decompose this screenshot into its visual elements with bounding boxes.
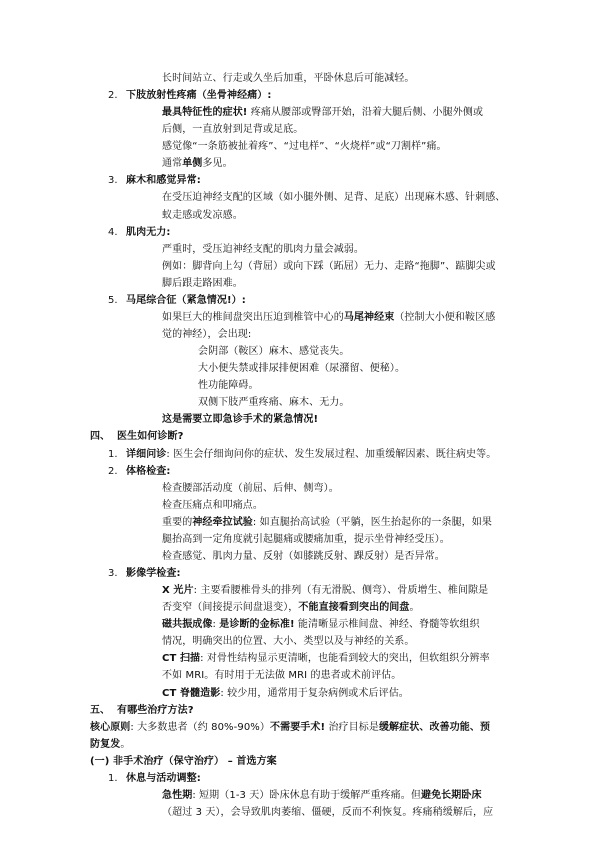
body-text: 如果巨大的椎间盘突出压迫到椎管中心的 bbox=[162, 312, 344, 323]
bold-text: 详细问诊 bbox=[126, 449, 166, 460]
text-line: 在受压迫神经支配的区域（如小腿外侧、足背、足底）出现麻木感、针刺感、 bbox=[162, 191, 505, 205]
bold-text: 缓解症状、改善功能、预 bbox=[379, 722, 490, 733]
text-line: 休息与活动调整: bbox=[126, 772, 201, 786]
body-text: : 大多数患者（约 80%-90%） bbox=[130, 722, 270, 733]
text-line: 防复发。 bbox=[90, 738, 130, 752]
body-text: 后侧，一直放射到足背或足底。 bbox=[162, 124, 303, 135]
bold-text: X 光片 bbox=[162, 585, 194, 596]
body-text: 。 bbox=[410, 602, 420, 613]
text-line: 否变窄（间接提示间盘退变），不能直接看到突出的间盘。 bbox=[162, 601, 420, 615]
text-line: CT 脊髓造影: 较少用，通常用于复杂病例或术后评估。 bbox=[162, 687, 409, 701]
body-text: 。 bbox=[120, 739, 130, 750]
body-text: 情况，明确突出的位置、大小、类型以及与神经的关系。 bbox=[162, 636, 415, 647]
text-line: 长时间站立、行走或久坐后加重，平卧休息后可能减轻。 bbox=[162, 72, 415, 86]
list-marker: 2. bbox=[108, 89, 118, 103]
text-line: 双侧下肢严重疼痛、麻木、无力。 bbox=[198, 396, 350, 410]
body-text: 会阴部（鞍区）麻木、感觉丧失。 bbox=[198, 346, 350, 357]
body-text: 例如：脚背向上勾（背屈）或向下踩（跖屈）无力、走路“拖脚”、踮脚尖或 bbox=[162, 261, 496, 272]
body-text: 否变窄（间接提示间盘退变）， bbox=[162, 602, 298, 613]
body-text: 不如 MRI。有时用于无法做 MRI 的患者或术前评估。 bbox=[162, 670, 401, 681]
bold-text: 马尾综合征（紧急情况!）: bbox=[126, 295, 246, 306]
body-text: 检查感觉、肌肉力量、反射（如膝跳反射、踝反射）是否异常。 bbox=[162, 551, 445, 562]
text-line: 大小便失禁或排尿排便困难（尿潴留、便秘）。 bbox=[198, 362, 405, 376]
body-text: 性功能障碍。 bbox=[198, 380, 259, 391]
text-line: X 光片: 主要看腰椎骨头的排列（有无滑脱、侧弯）、骨质增生、椎间隙是 bbox=[162, 584, 488, 598]
body-text: 蚁走感或发凉感。 bbox=[162, 210, 243, 221]
body-text: : 对骨性结构显示更清晰，也能看到较大的突出，但软组织分辨率 bbox=[200, 653, 490, 664]
body-text: 治疗目标是 bbox=[325, 722, 379, 733]
text-line: CT 扫描: 对骨性结构显示更清晰，也能看到较大的突出，但软组织分辨率 bbox=[162, 652, 490, 666]
bold-text: 医生如何诊断? bbox=[117, 431, 184, 442]
body-text: : 医生会仔细询问你的症状、发生发展过程、加重缓解因素、既往病史等。 bbox=[166, 449, 496, 460]
bold-text: 不能直接看到突出的间盘 bbox=[298, 602, 409, 613]
text-line: 有哪些治疗方法? bbox=[117, 704, 194, 718]
bold-text: 休息与活动调整: bbox=[126, 773, 201, 784]
body-text: 疼痛从腰部或臀部开始，沿着大腿后侧、小腿外侧或 bbox=[247, 107, 483, 118]
text-line: 肌肉无力: bbox=[126, 226, 171, 240]
text-line: 这是需要立即急诊手术的紧急情况! bbox=[162, 413, 318, 427]
body-text: : 较少用，通常用于复杂病例或术后评估。 bbox=[220, 688, 409, 699]
bold-text: 核心原则 bbox=[90, 722, 130, 733]
body-text: 重要的 bbox=[162, 517, 192, 528]
bold-text: 影像学检查: bbox=[126, 568, 181, 579]
text-line: 严重时，受压迫神经支配的肌肉力量会减弱。 bbox=[162, 243, 364, 257]
text-line: 通常单侧多见。 bbox=[162, 157, 233, 171]
text-line: 体格检查: bbox=[126, 465, 171, 479]
list-marker: 4. bbox=[108, 226, 118, 240]
list-marker: 3. bbox=[108, 174, 118, 188]
bold-text: 肌肉无力: bbox=[126, 227, 171, 238]
text-line: 下肢放射性疼痛（坐骨神经痛）: bbox=[126, 89, 272, 103]
body-text: （超过 3 天），会导致肌肉萎缩、僵硬，反而不利恢复。疼痛稍缓解后，应 bbox=[162, 807, 493, 818]
text-line: 医生如何诊断? bbox=[117, 430, 184, 444]
text-line: 蚁走感或发凉感。 bbox=[162, 209, 243, 223]
text-line: 会阴部（鞍区）麻木、感觉丧失。 bbox=[198, 345, 350, 359]
list-marker: 1. bbox=[108, 772, 118, 786]
body-text: : 短期（1-3 天）卧床休息有助于缓解严重疼痛。但 bbox=[192, 790, 421, 801]
text-line: 急性期: 短期（1-3 天）卧床休息有助于缓解严重疼痛。但避免长期卧床 bbox=[162, 789, 482, 803]
text-line: 核心原则: 大多数患者（约 80%-90%）不需要手术! 治疗目标是缓解症状、改… bbox=[90, 721, 490, 735]
text-line: （超过 3 天），会导致肌肉萎缩、僵硬，反而不利恢复。疼痛稍缓解后，应 bbox=[162, 806, 493, 820]
text-line: 影像学检查: bbox=[126, 567, 181, 581]
bold-text: 体格检查: bbox=[126, 466, 171, 477]
bold-text: 下肢放射性疼痛（坐骨神经痛）: bbox=[126, 90, 272, 101]
text-line: 详细问诊: 医生会仔细询问你的症状、发生发展过程、加重缓解因素、既往病史等。 bbox=[126, 448, 496, 462]
bold-text: 单侧 bbox=[182, 158, 202, 169]
text-line: 最具特征性的症状! 疼痛从腰部或臀部开始，沿着大腿后侧、小腿外侧或 bbox=[162, 106, 483, 120]
text-line: 马尾综合征（紧急情况!）: bbox=[126, 294, 246, 308]
text-line: 性功能障碍。 bbox=[198, 379, 259, 393]
bold-text: 防复发 bbox=[90, 739, 120, 750]
list-marker: 5. bbox=[108, 294, 118, 308]
bold-text: 急性期 bbox=[162, 790, 192, 801]
text-line: 如果巨大的椎间盘突出压迫到椎管中心的马尾神经束（控制大小便和鞍区感 bbox=[162, 311, 495, 325]
text-line: 腿抬高到一定角度就引起腿痛或腰痛加重，提示坐骨神经受压）。 bbox=[162, 533, 450, 547]
body-text: 在受压迫神经支配的区域（如小腿外侧、足背、足底）出现麻木感、针刺感、 bbox=[162, 192, 505, 203]
list-marker: 四、 bbox=[90, 430, 110, 444]
list-marker: 1. bbox=[108, 448, 118, 462]
text-line: 检查腰部活动度（前屈、后伸、侧弯）。 bbox=[162, 482, 339, 496]
text-line: 重要的神经牵拉试验: 如直腿抬高试验（平躺，医生抬起你的一条腿，如果 bbox=[162, 516, 492, 530]
bold-text: (一) 非手术治疗（保守治疗） – 首选方案 bbox=[90, 756, 277, 767]
bold-text: 最具特征性的症状! bbox=[162, 107, 247, 118]
body-text: 严重时，受压迫神经支配的肌肉力量会减弱。 bbox=[162, 244, 364, 255]
text-line: 麻木和感觉异常: bbox=[126, 174, 201, 188]
body-text: 觉的神经），会出现: bbox=[162, 329, 251, 340]
text-line: 不如 MRI。有时用于无法做 MRI 的患者或术前评估。 bbox=[162, 669, 401, 683]
bold-text: 磁共振成像 bbox=[162, 619, 213, 630]
body-text: 长时间站立、行走或久坐后加重，平卧休息后可能减轻。 bbox=[162, 73, 415, 84]
body-text: 通常 bbox=[162, 158, 182, 169]
text-line: 检查压痛点和叩痛点。 bbox=[162, 499, 263, 513]
body-text: 腿抬高到一定角度就引起腿痛或腰痛加重，提示坐骨神经受压）。 bbox=[162, 534, 450, 545]
bold-text: 避免长期卧床 bbox=[421, 790, 482, 801]
bold-text: 神经牵拉试验 bbox=[192, 517, 253, 528]
body-text: 检查腰部活动度（前屈、后伸、侧弯）。 bbox=[162, 483, 339, 494]
document-page: 长时间站立、行走或久坐后加重，平卧休息后可能减轻。2.下肢放射性疼痛（坐骨神经痛… bbox=[0, 0, 595, 841]
body-text: : 主要看腰椎骨头的排列（有无滑脱、侧弯）、骨质增生、椎间隙是 bbox=[194, 585, 489, 596]
text-line: 情况，明确突出的位置、大小、类型以及与神经的关系。 bbox=[162, 635, 415, 649]
bold-text: 是诊断的金标准! bbox=[219, 619, 294, 630]
body-text: 双侧下肢严重疼痛、麻木、无力。 bbox=[198, 397, 350, 408]
bold-text: 有哪些治疗方法? bbox=[117, 705, 194, 716]
body-text: 能清晰显示椎间盘、神经、脊髓等软组织 bbox=[295, 619, 480, 630]
bold-text: CT 脊髓造影 bbox=[162, 688, 220, 699]
body-text: 检查压痛点和叩痛点。 bbox=[162, 500, 263, 511]
body-text: （控制大小便和鞍区感 bbox=[394, 312, 495, 323]
text-line: 磁共振成像: 是诊断的金标准! 能清晰显示椎间盘、神经、脊髓等软组织 bbox=[162, 618, 480, 632]
text-line: 检查感觉、肌肉力量、反射（如膝跳反射、踝反射）是否异常。 bbox=[162, 550, 445, 564]
body-text: 感觉像“一条筋被扯着疼”、“过电样”、“火烧样”或“刀割样”痛。 bbox=[162, 141, 447, 152]
body-text: 多见。 bbox=[202, 158, 232, 169]
body-text: : 如直腿抬高试验（平躺，医生抬起你的一条腿，如果 bbox=[253, 517, 492, 528]
list-marker: 五、 bbox=[90, 704, 110, 718]
body-text: 脚后跟走路困难。 bbox=[162, 278, 243, 289]
bold-text: CT 扫描 bbox=[162, 653, 200, 664]
bold-text: 不需要手术! bbox=[270, 722, 325, 733]
text-line: 感觉像“一条筋被扯着疼”、“过电样”、“火烧样”或“刀割样”痛。 bbox=[162, 140, 447, 154]
text-line: (一) 非手术治疗（保守治疗） – 首选方案 bbox=[90, 755, 277, 769]
bold-text: 这是需要立即急诊手术的紧急情况! bbox=[162, 414, 318, 425]
bold-text: 麻木和感觉异常: bbox=[126, 175, 201, 186]
text-line: 后侧，一直放射到足背或足底。 bbox=[162, 123, 303, 137]
text-line: 例如：脚背向上勾（背屈）或向下踩（跖屈）无力、走路“拖脚”、踮脚尖或 bbox=[162, 260, 496, 274]
body-text: 大小便失禁或排尿排便困难（尿潴留、便秘）。 bbox=[198, 363, 405, 374]
text-line: 觉的神经），会出现: bbox=[162, 328, 251, 342]
text-line: 脚后跟走路困难。 bbox=[162, 277, 243, 291]
list-marker: 2. bbox=[108, 465, 118, 479]
list-marker: 3. bbox=[108, 567, 118, 581]
bold-text: 马尾神经束 bbox=[344, 312, 395, 323]
